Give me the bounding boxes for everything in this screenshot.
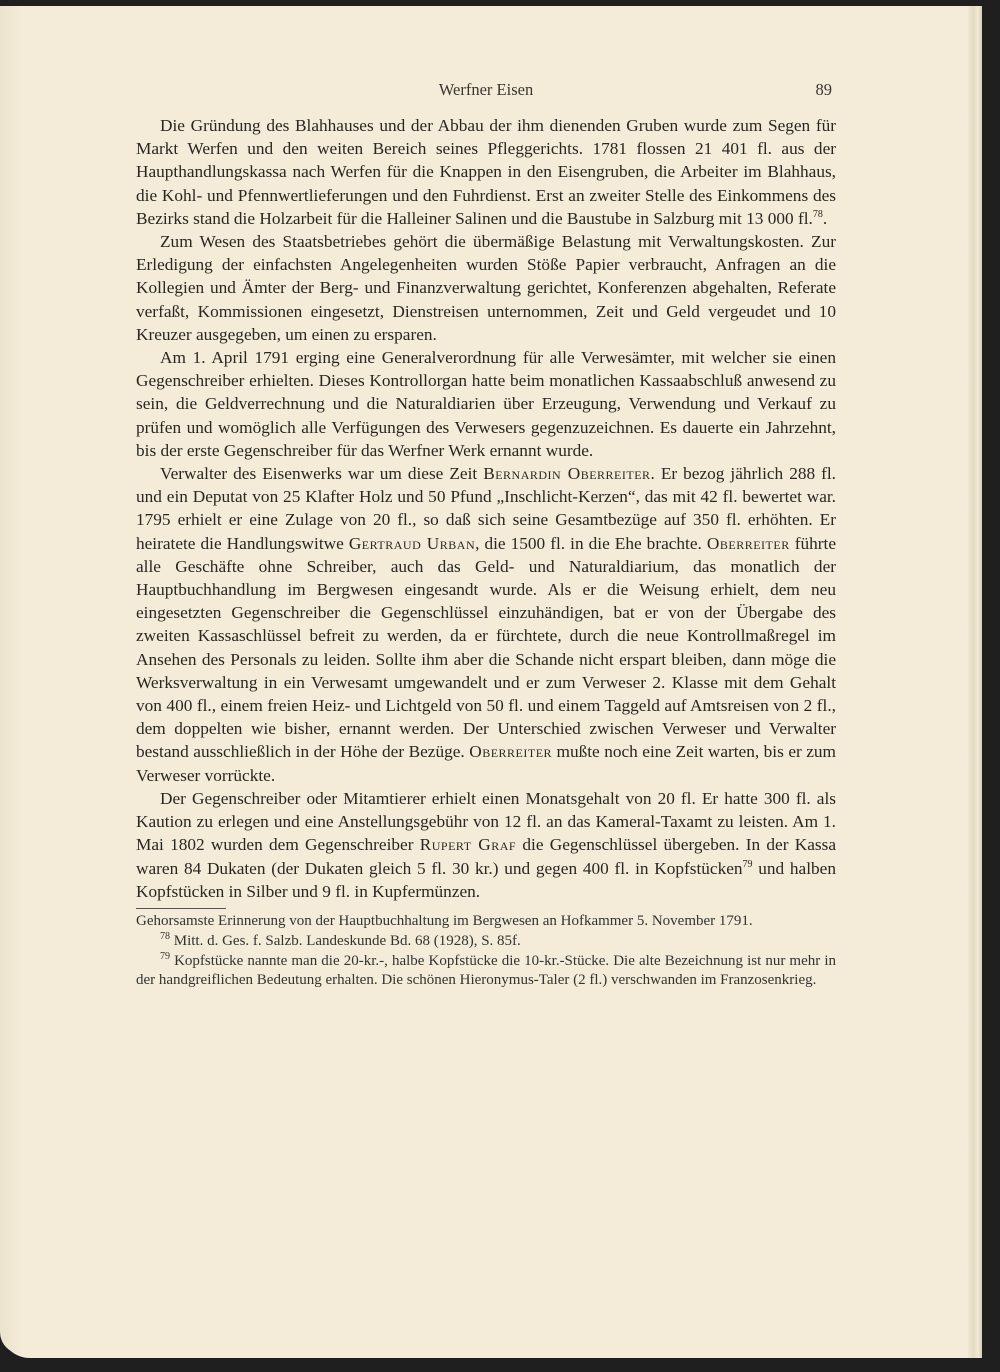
text-run: führte alle Geschäfte ohne Schreiber, au… (136, 534, 836, 762)
person-name: Rupert Graf (420, 835, 516, 854)
running-head: Werfner Eisen 89 (136, 80, 836, 114)
paragraph: Zum Wesen des Staatsbetriebes gehört die… (136, 230, 836, 346)
person-name: Oberreiter (707, 534, 790, 553)
footnote-text: Kopfstücke nannte man die 20-kr.-, halbe… (136, 953, 836, 989)
person-name: Bernardin Oberreiter (483, 464, 650, 483)
paragraph: Verwalter des Eisenwerks war um diese Ze… (136, 462, 836, 787)
page-number: 89 (816, 80, 833, 100)
footnote-text: Gehorsamste Erinnerung von der Hauptbuch… (136, 913, 753, 929)
footnote-text: Mitt. d. Ges. f. Salzb. Landeskunde Bd. … (170, 933, 521, 949)
footnote-marker: 78 (160, 931, 170, 942)
text-run: Die Gründung des Blahhauses und der Abba… (136, 116, 836, 228)
text-run: . (823, 209, 827, 228)
text-run: Verwalter des Eisenwerks war um diese Ze… (160, 464, 483, 483)
page-content: Werfner Eisen 89 Die Gründung des Blahha… (136, 80, 836, 991)
paragraph: Die Gründung des Blahhauses und der Abba… (136, 114, 836, 230)
person-name: Gertraud Urban (349, 534, 475, 553)
page-gutter-shadow (0, 6, 24, 1354)
paragraph: Der Gegenschreiber oder Mitamtierer erhi… (136, 787, 836, 903)
running-title: Werfner Eisen (136, 80, 836, 100)
footnote-marker: 79 (160, 951, 170, 962)
text-run: , die 1500 fl. in die Ehe brachte. (475, 534, 707, 553)
footnote: 79 Kopfstücke nannte man die 20-kr.-, ha… (136, 952, 836, 992)
paragraph: Am 1. April 1791 erging eine Generalvero… (136, 346, 836, 462)
footnote: Gehorsamste Erinnerung von der Hauptbuch… (136, 912, 836, 932)
footnote-rule (136, 908, 226, 909)
footnotes: Gehorsamste Erinnerung von der Hauptbuch… (136, 912, 836, 991)
page-edge-stack (968, 6, 982, 1358)
text-run: Am 1. April 1791 erging eine Generalvero… (136, 348, 836, 460)
person-name: Oberreiter (469, 742, 552, 761)
footnote-ref: 78 (813, 209, 823, 220)
footnote: 78 Mitt. d. Ges. f. Salzb. Landeskunde B… (136, 932, 836, 952)
footnote-ref: 79 (743, 859, 753, 870)
body-text: Die Gründung des Blahhauses und der Abba… (136, 114, 836, 903)
text-run: Zum Wesen des Staatsbetriebes gehört die… (136, 232, 836, 344)
